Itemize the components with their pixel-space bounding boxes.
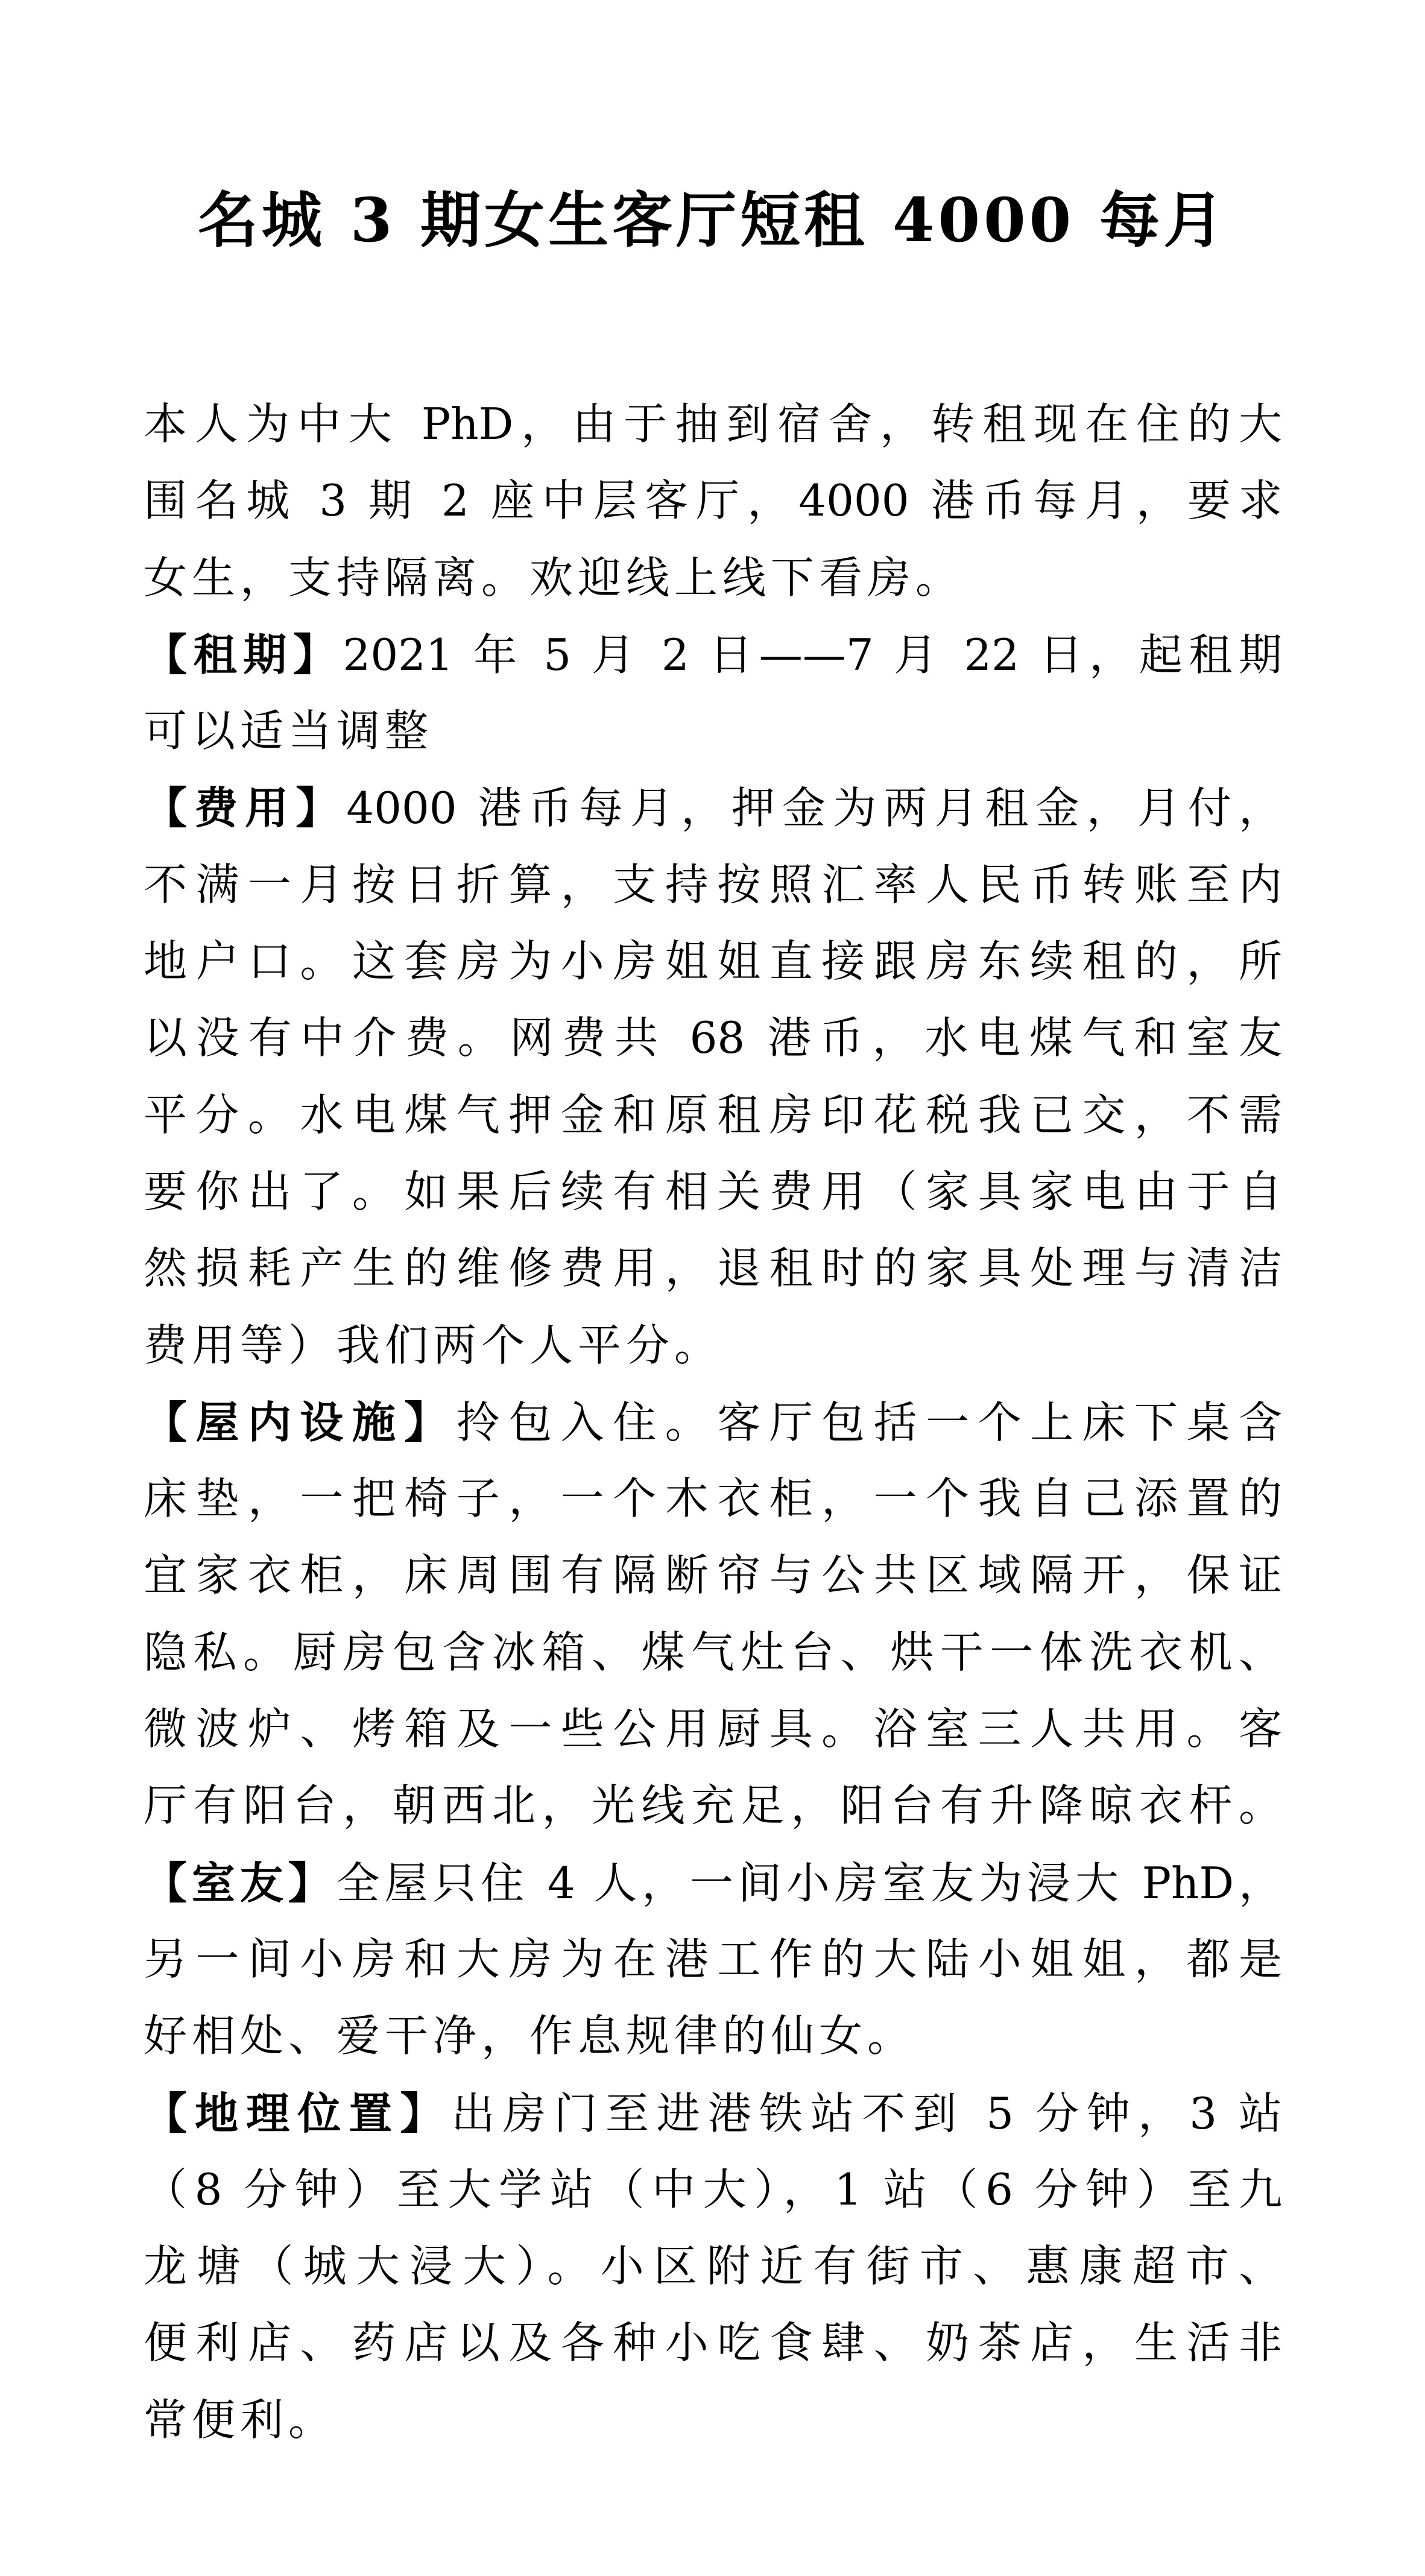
text-line: 床垫，一把椅子，一个木衣柜，一个我自己添置的 [144, 1460, 1282, 1537]
text-line: 【屋内设施】拎包入住。客厅包括一个上床下桌含 [144, 1384, 1282, 1460]
text-line: 要你出了。如果后续有相关费用（家具家电由于自 [144, 1154, 1282, 1230]
text-span: 拎包入住。客厅包括一个上床下桌含 [457, 1397, 1282, 1448]
section-label-roommates: 【室友】 [144, 1857, 336, 1908]
text-line: 微波炉、烤箱及一些公用厨具。浴室三人共用。客 [144, 1691, 1282, 1767]
text-line: 【费用】4000 港币每月，押金为两月租金，月付， [144, 769, 1282, 846]
paragraph-intro: 本人为中大 PhD，由于抽到宿舍，转租现在住的大 围名城 3 期 2 座中层客厅… [144, 386, 1282, 616]
paragraph-location: 【地理位置】出房门至进港铁站不到 5 分钟，3 站 （8 分钟）至大学站（中大）… [144, 2075, 1282, 2458]
text-line: 宜家衣柜，床周围有隔断帘与公共区域隔开，保证 [144, 1537, 1282, 1614]
document-body: 本人为中大 PhD，由于抽到宿舍，转租现在住的大 围名城 3 期 2 座中层客厅… [144, 386, 1282, 2458]
text-line: 好相处、爱干净，作息规律的仙女。 [144, 1998, 1282, 2074]
text-line: （8 分钟）至大学站（中大），1 站（6 分钟）至九 [144, 2151, 1282, 2228]
text-span: 全屋只住 4 人，一间小房室友为浸大 PhD， [336, 1858, 1282, 1908]
paragraph-roommates: 【室友】全屋只住 4 人，一间小房室友为浸大 PhD， 另一间小房和大房为在港工… [144, 1845, 1282, 2075]
paragraph-fees: 【费用】4000 港币每月，押金为两月租金，月付， 不满一月按日折算，支持按照汇… [144, 769, 1282, 1383]
text-line: 【租期】2021 年 5 月 2 日——7 月 22 日，起租期 [144, 616, 1282, 693]
text-span: 2021 年 5 月 2 日——7 月 22 日，起租期 [343, 630, 1282, 680]
text-line: 隐私。厨房包含冰箱、煤气灶台、烘干一体洗衣机、 [144, 1614, 1282, 1691]
text-line: 费用等）我们两个人平分。 [144, 1307, 1282, 1384]
text-line: 不满一月按日折算，支持按照汇率人民币转账至内 [144, 847, 1282, 923]
text-line: 便利店、药店以及各种小吃食肆、奶茶店，生活非 [144, 2305, 1282, 2381]
text-line: 厅有阳台，朝西北，光线充足，阳台有升降晾衣杆。 [144, 1767, 1282, 1844]
page-title: 名城 3 期女生客厅短租 4000 每月 [0, 181, 1425, 259]
text-span: 4000 港币每月，押金为两月租金，月付， [346, 783, 1282, 833]
paragraph-lease-period: 【租期】2021 年 5 月 2 日——7 月 22 日，起租期 可以适当调整 [144, 616, 1282, 770]
section-label-lease-period: 【租期】 [144, 629, 343, 680]
text-line: 【地理位置】出房门至进港铁站不到 5 分钟，3 站 [144, 2075, 1282, 2151]
text-line: 然损耗产生的维修费用，退租时的家具处理与清洁 [144, 1230, 1282, 1307]
section-label-location: 【地理位置】 [144, 2088, 451, 2139]
text-line: 平分。水电煤气押金和原租房印花税我已交，不需 [144, 1077, 1282, 1154]
text-line: 可以适当调整 [144, 693, 1282, 769]
text-line: 地户口。这套房为小房姐姐直接跟房东续租的，所 [144, 923, 1282, 1000]
text-line: 女生，支持隔离。欢迎线上线下看房。 [144, 540, 1282, 616]
text-line: 【室友】全屋只住 4 人，一间小房室友为浸大 PhD， [144, 1845, 1282, 1921]
section-label-fees: 【费用】 [144, 782, 346, 833]
text-line: 常便利。 [144, 2382, 1282, 2458]
text-line: 龙塘（城大浸大）。小区附近有街市、惠康超市、 [144, 2228, 1282, 2305]
text-line: 围名城 3 期 2 座中层客厅，4000 港币每月，要求 [144, 462, 1282, 539]
section-label-facilities: 【屋内设施】 [144, 1397, 457, 1448]
text-line: 以没有中介费。网费共 68 港币，水电煤气和室友 [144, 1000, 1282, 1076]
paragraph-facilities: 【屋内设施】拎包入住。客厅包括一个上床下桌含 床垫，一把椅子，一个木衣柜，一个我… [144, 1384, 1282, 1845]
text-span: 出房门至进港铁站不到 5 分钟，3 站 [451, 2088, 1282, 2139]
text-line: 另一间小房和大房为在港工作的大陆小姐姐，都是 [144, 1921, 1282, 1998]
text-line: 本人为中大 PhD，由于抽到宿舍，转租现在住的大 [144, 386, 1282, 462]
